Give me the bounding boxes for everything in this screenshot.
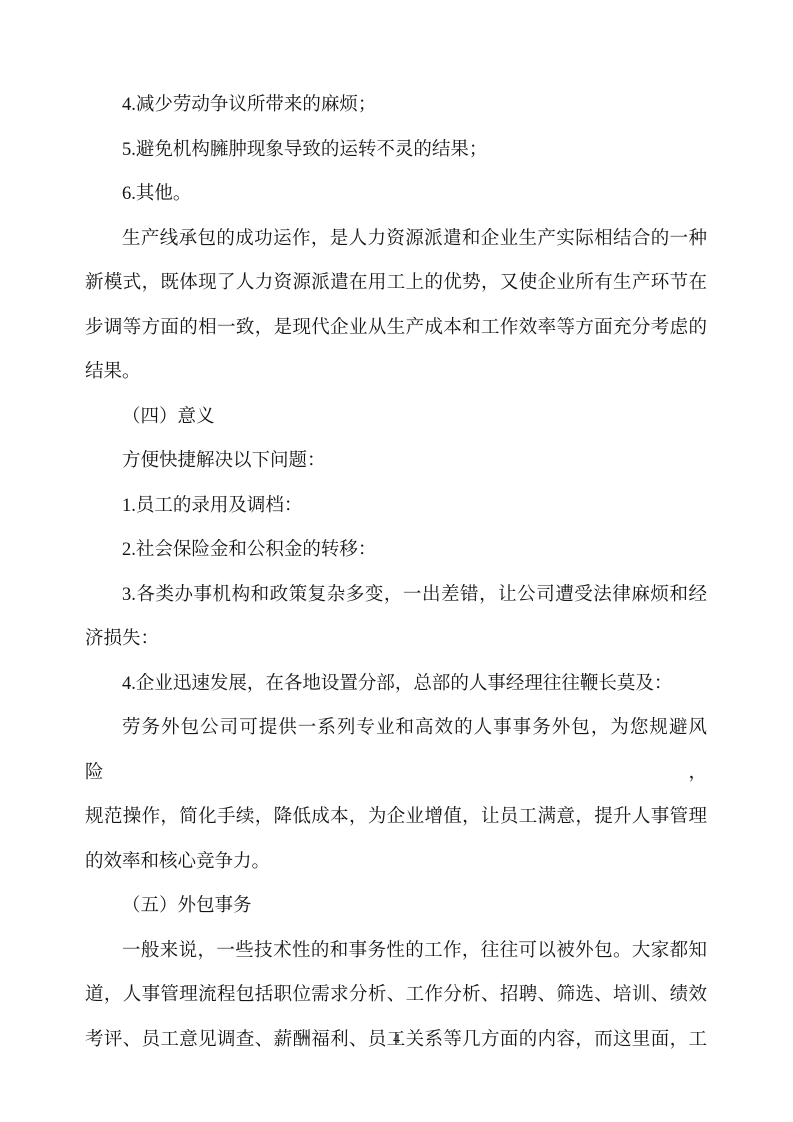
text-line: 生产线承包的成功运作，是人力资源派遣和企业生产实际相结合的一种 xyxy=(85,217,707,262)
text-line: 4.减少劳动争议所带来的麻烦； xyxy=(85,83,707,128)
text-line: 6.其他。 xyxy=(85,172,707,217)
text-line: 济损失： xyxy=(85,617,707,662)
text-line: 结果。 xyxy=(85,350,707,395)
text-line: 4.企业迅速发展，在各地设置分部，总部的人事经理往往鞭长莫及： xyxy=(85,662,707,707)
text-line: （五）外包事务 xyxy=(85,884,707,929)
text-line: 3.各类办事机构和政策复杂多变，一出差错，让公司遭受法律麻烦和经 xyxy=(85,573,707,618)
text-line: 一般来说，一些技术性的和事务性的工作，往往可以被外包。大家都知 xyxy=(85,929,707,974)
text-line: 方便快捷解决以下问题： xyxy=(85,439,707,484)
text-line: 道，人事管理流程包括职位需求分析、工作分析、招聘、筛选、培训、绩效 xyxy=(85,973,707,1018)
page-number: 4 xyxy=(0,1030,793,1050)
text-line: 新模式，既体现了人力资源派遣在用工上的优势，又使企业所有生产环节在 xyxy=(85,261,707,306)
document-page: 4.减少劳动争议所带来的麻烦；5.避免机构臃肿现象导致的运转不灵的结果；6.其他… xyxy=(0,0,793,1122)
text-line: 的效率和核心竞争力。 xyxy=(85,840,707,885)
text-line: 2.社会保险金和公积金的转移： xyxy=(85,528,707,573)
text-line: 1.员工的录用及调档： xyxy=(85,484,707,529)
text-line: 劳务外包公司可提供一系列专业和高效的人事事务外包，为您规避风险， xyxy=(85,706,707,795)
text-line: （四）意义 xyxy=(85,395,707,440)
text-line: 5.避免机构臃肿现象导致的运转不灵的结果； xyxy=(85,128,707,173)
document-body: 4.减少劳动争议所带来的麻烦；5.避免机构臃肿现象导致的运转不灵的结果；6.其他… xyxy=(85,83,707,1062)
text-line: 步调等方面的相一致，是现代企业从生产成本和工作效率等方面充分考虑的 xyxy=(85,306,707,351)
text-line: 规范操作，简化手续，降低成本，为企业增值，让员工满意，提升人事管理 xyxy=(85,795,707,840)
